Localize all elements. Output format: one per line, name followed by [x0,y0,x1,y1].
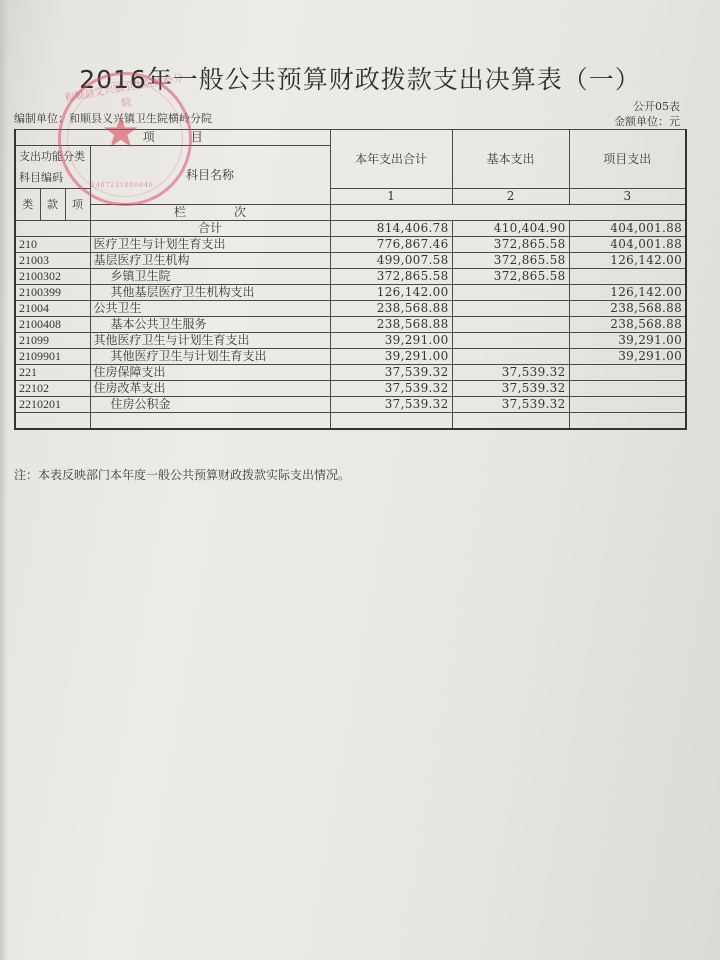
row-project [569,397,686,413]
row-code: 21003 [15,253,90,269]
row-basic [452,413,569,430]
header-col-basic: 基本支出 [452,130,569,189]
table-row: 2210201住房公积金37,539.3237,539.32 [15,397,686,413]
row-name: 其他基层医疗卫生机构支出 [90,285,330,301]
header-name: 科目名称 [90,146,330,205]
row-project: 126,142.00 [569,285,686,301]
header-kuan: 款 [40,189,65,221]
header-col-project: 项目支出 [569,130,686,189]
row-basic [452,317,569,333]
row-basic: 372,865.58 [452,237,569,253]
row-basic: 37,539.32 [452,397,569,413]
table-row: 22102住房改革支出37,539.3237,539.32 [15,381,686,397]
row-code: 2100302 [15,269,90,285]
row-total: 39,291.00 [330,333,452,349]
table-row: 2100408基本公共卫生服务238,568.88238,568.88 [15,317,686,333]
row-code: 21004 [15,301,90,317]
total-total: 814,406.78 [330,221,452,237]
row-name: 其他医疗卫生与计划生育支出 [90,333,330,349]
row-total: 37,539.32 [330,365,452,381]
total-label: 合计 [90,221,330,237]
header-code-group: 支出功能分类科目编码 [15,146,90,189]
row-total: 238,568.88 [330,301,452,317]
footnote: 注：本表反映部门本年度一般公共预算财政拨款实际支出情况。 [14,466,350,483]
row-code: 2100399 [15,285,90,301]
row-code: 2210201 [15,397,90,413]
total-row: 合计 814,406.78 410,404.90 404,001.88 [15,221,686,237]
row-total: 39,291.00 [330,349,452,365]
table-body: 210医疗卫生与计划生育支出776,867.46372,865.58404,00… [15,237,686,430]
header-xiang: 项 [65,189,90,221]
row-name: 乡镇卫生院 [90,269,330,285]
row-project: 126,142.00 [569,253,686,269]
header-index-3: 3 [569,189,686,205]
row-code: 21099 [15,333,90,349]
header-index-2: 2 [452,189,569,205]
row-project [569,269,686,285]
table-row: 2109901其他医疗卫生与计划生育支出39,291.0039,291.00 [15,349,686,365]
row-code [15,413,90,430]
row-total: 238,568.88 [330,317,452,333]
row-total [330,413,452,430]
table-row: 210医疗卫生与计划生育支出776,867.46372,865.58404,00… [15,237,686,253]
row-name: 医疗卫生与计划生育支出 [90,237,330,253]
row-basic: 37,539.32 [452,365,569,381]
row-basic [452,285,569,301]
header-lanci: 栏 次 [90,205,330,221]
spacer [330,205,686,221]
table-row: 21003基层医疗卫生机构499,007.58372,865.58126,142… [15,253,686,269]
row-project [569,365,686,381]
row-project: 39,291.00 [569,333,686,349]
row-project: 238,568.88 [569,317,686,333]
row-basic: 372,865.58 [452,253,569,269]
row-code: 2100408 [15,317,90,333]
header-col-total: 本年支出合计 [330,130,452,189]
total-project: 404,001.88 [569,221,686,237]
row-code: 2109901 [15,349,90,365]
header-index-1: 1 [330,189,452,205]
row-name: 基层医疗卫生机构 [90,253,330,269]
row-name [90,413,330,430]
organization-label: 编制单位： [14,112,69,125]
row-name: 住房公积金 [90,397,330,413]
total-basic: 410,404.90 [452,221,569,237]
table-row: 221住房保障支出37,539.3237,539.32 [15,365,686,381]
row-code: 221 [15,365,90,381]
form-number: 公开05表 [633,98,680,114]
row-code: 22102 [15,381,90,397]
table-row [15,413,686,430]
row-project [569,381,686,397]
row-project: 238,568.88 [569,301,686,317]
row-basic [452,349,569,365]
row-name: 基本公共卫生服务 [90,317,330,333]
table-row: 21099其他医疗卫生与计划生育支出39,291.0039,291.00 [15,333,686,349]
row-name: 住房改革支出 [90,381,330,397]
organization: 编制单位：和顺县义兴镇卫生院横岭分院 [14,110,212,126]
table-row: 21004公共卫生238,568.88238,568.88 [15,301,686,317]
row-basic: 372,865.58 [452,269,569,285]
row-name: 住房保障支出 [90,365,330,381]
row-total: 126,142.00 [330,285,452,301]
row-project [569,413,686,430]
row-name: 公共卫生 [90,301,330,317]
row-total: 499,007.58 [330,253,452,269]
page-title: 2016年一般公共预算财政拨款支出决算表（一） [0,60,720,96]
table-row: 2100302乡镇卫生院372,865.58372,865.58 [15,269,686,285]
header-row-project: 项 目 本年支出合计 基本支出 项目支出 [15,130,686,146]
row-basic [452,301,569,317]
row-basic: 37,539.32 [452,381,569,397]
row-total: 776,867.46 [330,237,452,253]
row-basic [452,333,569,349]
total-code [15,221,90,237]
header-lei: 类 [15,189,40,221]
row-total: 37,539.32 [330,381,452,397]
row-project: 404,001.88 [569,237,686,253]
amount-unit: 金额单位：元 [614,113,680,129]
table-row: 2100399其他基层医疗卫生机构支出126,142.00126,142.00 [15,285,686,301]
organization-name: 和顺县义兴镇卫生院横岭分院 [69,112,212,125]
page-edge-shadow [0,0,8,960]
expenditure-table: 项 目 本年支出合计 基本支出 项目支出 支出功能分类科目编码 科目名称 类 款… [14,129,687,430]
row-total: 37,539.32 [330,397,452,413]
row-name: 其他医疗卫生与计划生育支出 [90,349,330,365]
header-project: 项 目 [15,130,330,146]
row-code: 210 [15,237,90,253]
row-total: 372,865.58 [330,269,452,285]
header-row-lanci: 栏 次 [15,205,686,221]
row-project: 39,291.00 [569,349,686,365]
